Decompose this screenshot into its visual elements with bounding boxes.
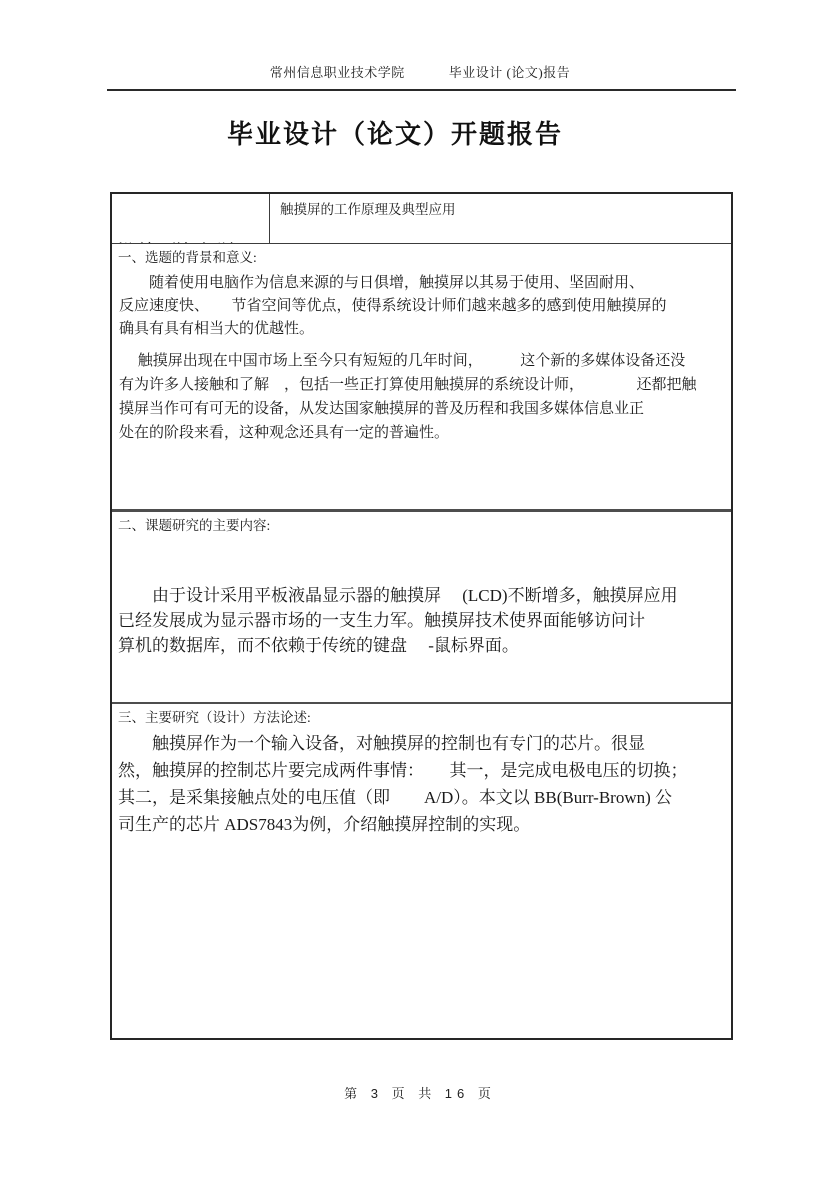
text-line: 摸屏当作可有可无的设备，从发达国家触摸屏的普及历程和我国多媒体信息业正: [119, 397, 727, 421]
section-1-paragraph-2: 触摸屏出现在中国市场上至今只有短短的几年时间， 这个新的多媒体设备还没 有为许多…: [112, 349, 731, 445]
text-line: 由于设计采用平板液晶显示器的触摸屏 (LCD)不断增多，触摸屏应用: [118, 583, 727, 608]
topic-label-line1: 设 计 （论 文 题: [118, 240, 263, 243]
text-line: 触摸屏作为一个输入设备，对触摸屏的控制也有专门的芯片。很显: [118, 730, 727, 757]
topic-label-cell: 设 计 （论 文 题 目）: [112, 194, 270, 243]
section-main-content: 二、课题研究的主要内容: 由于设计采用平板液晶显示器的触摸屏 (LCD)不断增多…: [112, 509, 731, 702]
text-line: 已经发展成为显示器市场的一支生力军。触摸屏技术使界面能够访问计: [118, 608, 727, 633]
text-line: 有为许多人接触和了解 ，包括一些正打算使用触摸屏的系统设计师， 还都把触: [119, 373, 727, 397]
topic-value: 触摸屏的工作原理及典型应用: [280, 202, 456, 217]
topic-row: 设 计 （论 文 题 目） 触摸屏的工作原理及典型应用: [112, 194, 731, 244]
text-line: 处在的阶段来看，这种观念还具有一定的普遍性。: [119, 421, 727, 445]
text-line: 其二，是采集接触点处的电压值（即 A/D）。本文以 BB(Burr-Brown)…: [118, 784, 727, 811]
text-line: 确具有具有相当大的优越性。: [119, 318, 727, 341]
header-divider: [107, 89, 736, 91]
text-line: 反应速度快、 节省空间等优点，使得系统设计师们越来越多的感到使用触摸屏的: [119, 295, 727, 318]
document-page: 常州信息职业技术学院 毕业设计 (论文)报告 毕业设计（论文）开题报告 设 计 …: [0, 0, 840, 1185]
section-3-heading: 三、主要研究（设计）方法论述:: [112, 704, 731, 727]
text-line: 然，触摸屏的控制芯片要完成两件事情： 其一，是完成电极电压的切换；: [118, 757, 727, 784]
section-1-paragraph-1: 随着使用电脑作为信息来源的与日俱增，触摸屏以其易于使用、坚固耐用、 反应速度快、…: [112, 272, 731, 341]
text-line: 触摸屏出现在中国市场上至今只有短短的几年时间， 这个新的多媒体设备还没: [119, 349, 727, 373]
topic-value-cell: 触摸屏的工作原理及典型应用: [270, 194, 731, 243]
page-footer: 第 3 页 共 16 页: [0, 1083, 840, 1102]
text-line: 司生产的芯片 ADS7843为例，介绍触摸屏控制的实现。: [118, 811, 727, 838]
text-line: 随着使用电脑作为信息来源的与日俱增，触摸屏以其易于使用、坚固耐用、: [119, 272, 727, 295]
school-name: 常州信息职业技术学院: [270, 62, 405, 81]
proposal-form-table: 设 计 （论 文 题 目） 触摸屏的工作原理及典型应用 一、选题的背景和意义: …: [110, 192, 733, 1040]
page-number: 第 3 页 共 16 页: [344, 1086, 496, 1101]
section-3-paragraph-1: 触摸屏作为一个输入设备，对触摸屏的控制也有专门的芯片。很显 然，触摸屏的控制芯片…: [112, 730, 731, 838]
page-header: 常州信息职业技术学院 毕业设计 (论文)报告: [0, 62, 840, 81]
text-line: 算机的数据库，而不依赖于传统的键盘 -鼠标界面。: [118, 633, 727, 658]
section-1-heading: 一、选题的背景和意义:: [112, 244, 731, 267]
page-title: 毕业设计（论文）开题报告: [227, 114, 563, 151]
section-2-heading: 二、课题研究的主要内容:: [112, 512, 731, 535]
report-type: 毕业设计 (论文)报告: [449, 62, 570, 81]
section-research-method: 三、主要研究（设计）方法论述: 触摸屏作为一个输入设备，对触摸屏的控制也有专门的…: [112, 702, 731, 1038]
section-2-paragraph-1: 由于设计采用平板液晶显示器的触摸屏 (LCD)不断增多，触摸屏应用 已经发展成为…: [112, 583, 731, 658]
section-background: 一、选题的背景和意义: 随着使用电脑作为信息来源的与日俱增，触摸屏以其易于使用、…: [112, 244, 731, 509]
